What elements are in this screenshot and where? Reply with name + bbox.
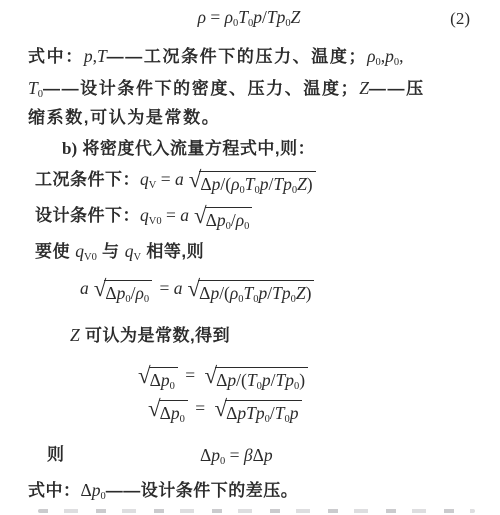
where-clause-line-3: 缩系数,可认为是常数。: [28, 107, 220, 129]
design-condition-equation: 设计条件下：qV0 = a√Δp0/ρ0: [35, 204, 255, 234]
where-clause-2: 式中：Δp0——设计条件下的差压。: [28, 479, 298, 504]
scanned-paper-page: ρ = ρ0T0p/Tp0Z (2) 式中：p,T——工况条件下的压力、温度；ρ…: [0, 0, 500, 515]
where-clause-line-1: 式中：p,T——工况条件下的压力、温度；ρ0,p0,: [28, 45, 403, 70]
equated-flow-equation: a√Δp0/ρ0 = a√Δp/(ρ0T0p/Tp0Z): [80, 277, 317, 307]
equation-2-formula: ρ = ρ0T0p/Tp0Z: [198, 8, 301, 27]
then-result-row: 则 Δp0 = βΔp: [0, 444, 500, 472]
working-condition-equation: 工况条件下：qV = a√Δp/(ρ0T0p/Tp0Z): [35, 168, 319, 198]
beta-equation: Δp0 = βΔp: [200, 444, 273, 469]
equation-number: (2): [450, 8, 470, 30]
clipped-next-line-remnant: [38, 509, 475, 513]
then-label: 则: [47, 444, 65, 466]
list-item-b: b) 将密度代入流量方程式中,则：: [62, 138, 315, 160]
equation-2-row: ρ = ρ0T0p/Tp0Z (2): [28, 6, 470, 31]
z-constant-line: Z 可认为是常数,得到: [70, 324, 230, 347]
sqrt-equation-1: √Δp0 = √Δp/(T0p/Tp0): [133, 364, 311, 394]
sqrt-equation-2: √Δp0 = √ΔpTp0/T0p: [143, 397, 305, 427]
require-equal-line: 要使 qV0 与 qV 相等,则: [35, 240, 204, 265]
where-clause-line-2: T0——设计条件下的密度、压力、温度；Z——压: [28, 77, 425, 102]
